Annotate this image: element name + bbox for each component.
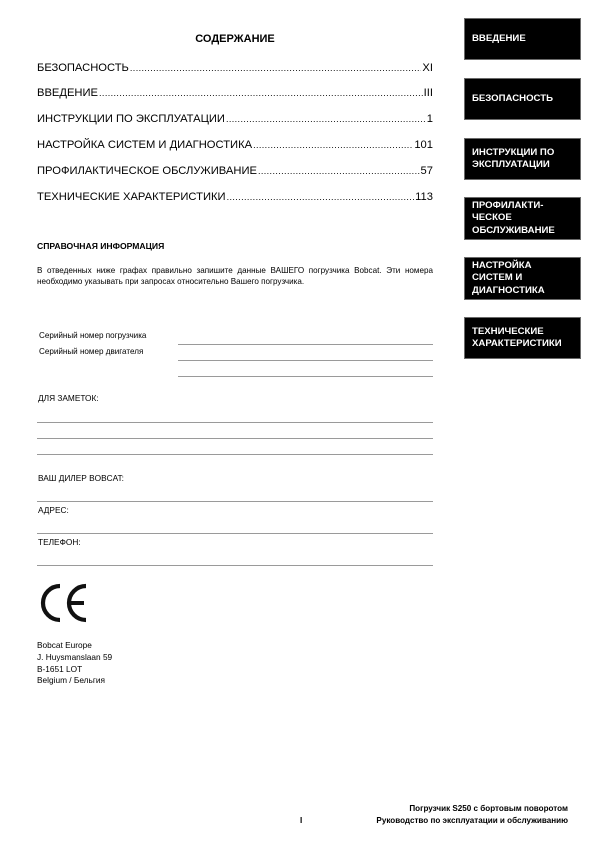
toc-entry-label: НАСТРОЙКА СИСТЕМ И ДИАГНОСТИКА bbox=[37, 139, 252, 151]
toc-entry-page: XI bbox=[422, 62, 433, 74]
phone-label: ТЕЛЕФОН: bbox=[38, 537, 81, 547]
toc-title: СОДЕРЖАНИЕ bbox=[0, 33, 470, 45]
toc-entry-page: 101 bbox=[414, 139, 433, 151]
tab-maintenance[interactable]: ПРОФИЛАКТИ-ЧЕСКОЕОБСЛУЖИВАНИЕ bbox=[464, 197, 581, 240]
notes-line[interactable] bbox=[37, 438, 433, 439]
footer-line-1: Погрузчик S250 с бортовым поворотом bbox=[409, 804, 568, 813]
reference-title: СПРАВОЧНАЯ ИНФОРМАЦИЯ bbox=[37, 241, 164, 251]
toc-entry-page: 113 bbox=[415, 191, 433, 203]
tab-label: БЕЗОПАСНОСТЬ bbox=[472, 93, 553, 106]
toc-leader-dots bbox=[226, 114, 426, 124]
toc-leader-dots bbox=[130, 63, 422, 73]
dealer-field[interactable] bbox=[37, 501, 433, 502]
tab-safety[interactable]: БЕЗОПАСНОСТЬ bbox=[464, 78, 581, 120]
footer-line-2: Руководство по эксплуатации и обслуживан… bbox=[376, 816, 568, 825]
toc-entry-page: 57 bbox=[421, 165, 433, 177]
ce-mark-icon bbox=[40, 583, 90, 623]
toc-entry-system-setup[interactable]: НАСТРОЙКА СИСТЕМ И ДИАГНОСТИКА 101 bbox=[37, 139, 433, 151]
toc-entry-label: ВВЕДЕНИЕ bbox=[37, 87, 98, 99]
toc-entry-page: 1 bbox=[427, 113, 433, 125]
tab-introduction[interactable]: ВВЕДЕНИЕ bbox=[464, 18, 581, 60]
address-line: Belgium / Бельгия bbox=[37, 675, 112, 687]
tab-label: ВВЕДЕНИЕ bbox=[472, 33, 526, 46]
toc-entry-maintenance[interactable]: ПРОФИЛАКТИЧЕСКОЕ ОБСЛУЖИВАНИЕ 57 bbox=[37, 165, 433, 177]
toc-leader-dots bbox=[253, 140, 413, 150]
toc-entry-operating-instructions[interactable]: ИНСТРУКЦИИ ПО ЭКСПЛУАТАЦИИ 1 bbox=[37, 113, 433, 125]
tab-label: ТЕХНИЧЕСКИЕ ХАРАКТЕРИСТИКИ bbox=[472, 326, 562, 351]
company-address: Bobcat Europe J. Huysmanslaan 59 B-1651 … bbox=[37, 640, 112, 687]
serial-loader-field[interactable] bbox=[178, 344, 433, 345]
tab-operating-instructions[interactable]: ИНСТРУКЦИИ ПО ЭКСПЛУАТАЦИИ bbox=[464, 138, 581, 180]
address-line: J. Huysmanslaan 59 bbox=[37, 652, 112, 664]
toc-leader-dots bbox=[227, 192, 415, 202]
address-label: АДРЕС: bbox=[38, 505, 69, 515]
tab-label-text: ПРОФИЛАКТИ-ЧЕСКОЕОБСЛУЖИВАНИЕ bbox=[472, 200, 555, 236]
serial-extra-field[interactable] bbox=[178, 376, 433, 377]
tab-system-setup[interactable]: НАСТРОЙКА СИСТЕМ И ДИАГНОСТИКА bbox=[464, 257, 581, 300]
serial-engine-label: Серийный номер двигателя bbox=[39, 347, 143, 356]
address-line: B-1651 LOT bbox=[37, 664, 112, 676]
notes-label: ДЛЯ ЗАМЕТОК: bbox=[38, 393, 99, 403]
serial-engine-field[interactable] bbox=[178, 360, 433, 361]
toc-entry-specifications[interactable]: ТЕХНИЧЕСКИЕ ХАРАКТЕРИСТИКИ 113 bbox=[37, 191, 433, 203]
toc-entry-page: III bbox=[424, 87, 433, 99]
serial-loader-label: Серийный номер погрузчика bbox=[39, 331, 146, 340]
notes-line[interactable] bbox=[37, 422, 433, 423]
tab-label: ПРОФИЛАКТИ-ЧЕСКОЕОБСЛУЖИВАНИЕ bbox=[472, 200, 572, 238]
address-field[interactable] bbox=[37, 533, 433, 534]
tab-specifications[interactable]: ТЕХНИЧЕСКИЕ ХАРАКТЕРИСТИКИ bbox=[464, 317, 581, 359]
toc-leader-dots bbox=[258, 166, 420, 176]
toc-entry-label: ТЕХНИЧЕСКИЕ ХАРАКТЕРИСТИКИ bbox=[37, 191, 226, 203]
toc-entry-label: ПРОФИЛАКТИЧЕСКОЕ ОБСЛУЖИВАНИЕ bbox=[37, 165, 257, 177]
phone-field[interactable] bbox=[37, 565, 433, 566]
dealer-label: ВАШ ДИЛЕР BOBCAT: bbox=[38, 473, 124, 483]
toc-entry-label: ИНСТРУКЦИИ ПО ЭКСПЛУАТАЦИИ bbox=[37, 113, 225, 125]
reference-body: В отведенных ниже графах правильно запиш… bbox=[37, 265, 433, 287]
page-number: I bbox=[300, 816, 302, 825]
tab-label: НАСТРОЙКА СИСТЕМ И ДИАГНОСТИКА bbox=[472, 260, 552, 298]
toc-entry-label: БЕЗОПАСНОСТЬ bbox=[37, 62, 129, 74]
toc-leader-dots bbox=[99, 88, 423, 98]
address-line: Bobcat Europe bbox=[37, 640, 112, 652]
toc-entry-safety[interactable]: БЕЗОПАСНОСТЬ XI bbox=[37, 62, 433, 74]
notes-line[interactable] bbox=[37, 454, 433, 455]
toc-entry-introduction[interactable]: ВВЕДЕНИЕ III bbox=[37, 87, 433, 99]
tab-label: ИНСТРУКЦИИ ПО ЭКСПЛУАТАЦИИ bbox=[472, 147, 567, 172]
